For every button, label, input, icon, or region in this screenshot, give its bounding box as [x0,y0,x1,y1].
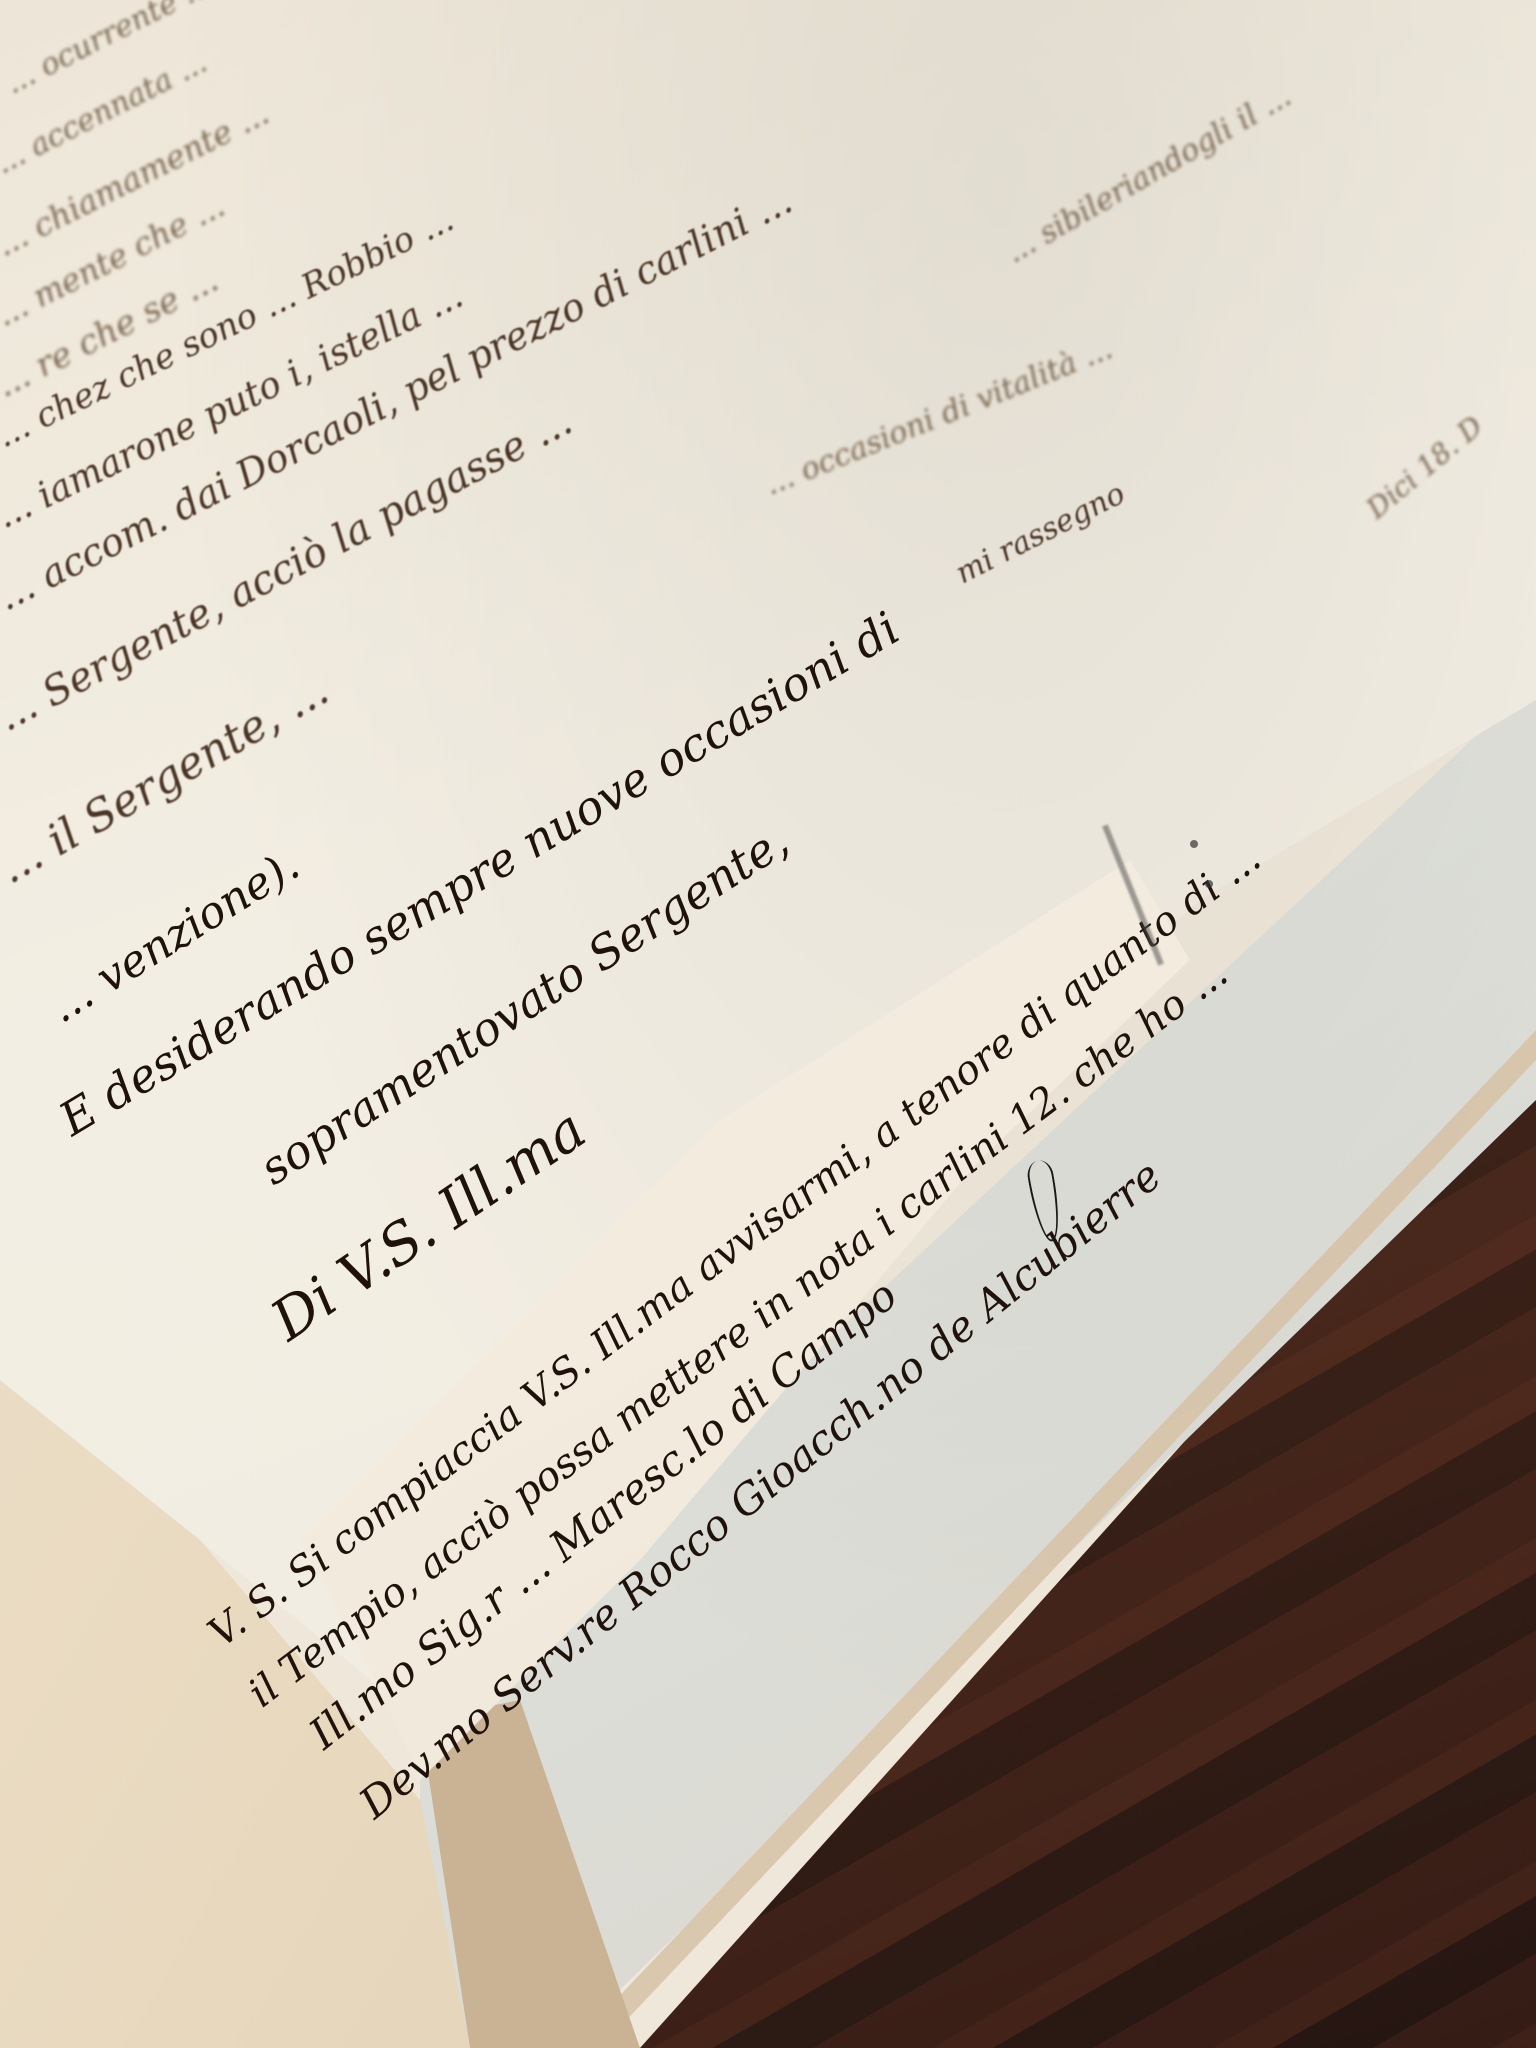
pencil-dot [1190,840,1198,848]
manuscript-photo: ... ocurrente ... ... accennata ... ... … [0,0,1536,2048]
pencil-dot [1205,880,1213,888]
